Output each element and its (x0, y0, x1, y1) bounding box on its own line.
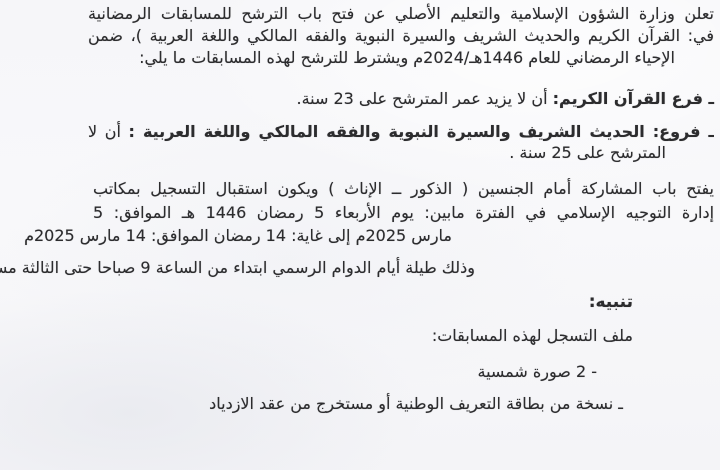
doc-line-text: المترشح على 25 سنة . (509, 143, 666, 162)
doc-line-intro-2: في: القرآن الكريم والحديث الشريف والسيرة… (88, 25, 714, 47)
doc-line-text: إدارة التوجيه الإسلامي في الفترة مابين: … (93, 203, 714, 222)
doc-line-photos-item: - 2 صورة شمسية (477, 361, 597, 382)
doc-line-text: في: القرآن الكريم والحديث الشريف والسيرة… (88, 26, 714, 45)
doc-line-text: تعلن وزارة الشؤون الإسلامية والتعليم الأ… (88, 4, 714, 23)
doc-line-bold: ـ فروع: الحديث الشريف والسيرة النبوية وا… (128, 122, 714, 141)
doc-line-text: يفتح باب المشاركة أمام الجنسين ( الذكور … (93, 179, 714, 198)
doc-line-registration-3: مارس 2025م إلى غاية: 14 رمضان الموافق: 1… (24, 225, 452, 246)
doc-line-bold: ـ فرع القرآن الكريم: (553, 89, 714, 108)
doc-line-text: الإحياء الرمضاني للعام 1446هـ/2024م ويشت… (139, 48, 675, 67)
doc-line-text: مارس 2025م إلى غاية: 14 رمضان الموافق: 1… (24, 226, 452, 245)
doc-line-text: - 2 صورة شمسية (477, 362, 597, 381)
document-page: تعلن وزارة الشؤون الإسلامية والتعليم الأ… (0, 0, 720, 470)
doc-line-other-branches-1: ـ فروع: الحديث الشريف والسيرة النبوية وا… (88, 121, 714, 143)
doc-line-id-copy-item: ـ نسخة من بطاقة التعريف الوطنية أو مستخر… (209, 393, 623, 414)
doc-line-working-hours: وذلك طيلة أيام الدوام الرسمي ابتداء من ا… (0, 257, 475, 278)
doc-line-text: ـ نسخة من بطاقة التعريف الوطنية أو مستخر… (209, 394, 623, 413)
doc-line-registration-1: يفتح باب المشاركة أمام الجنسين ( الذكور … (93, 178, 714, 200)
doc-line-intro-3: الإحياء الرمضاني للعام 1446هـ/2024م ويشت… (139, 47, 675, 68)
doc-line-text: وذلك طيلة أيام الدوام الرسمي ابتداء من ا… (0, 258, 475, 277)
doc-line-intro-1: تعلن وزارة الشؤون الإسلامية والتعليم الأ… (88, 3, 714, 25)
doc-line-registration-2: إدارة التوجيه الإسلامي في الفترة مابين: … (93, 202, 714, 224)
doc-line-file-heading: ملف التسجل لهذه المسابقات: (432, 325, 633, 346)
doc-line-other-branches-2: المترشح على 25 سنة . (509, 142, 666, 163)
doc-line-bold: تنبيه: (589, 292, 633, 312)
doc-line-text: أن لا يزيد عمر المترشح على 23 سنة. (296, 89, 552, 108)
doc-line-text: ملف التسجل لهذه المسابقات: (432, 326, 633, 345)
doc-line-notice-heading: تنبيه: (589, 292, 633, 313)
doc-line-quran-branch: ـ فرع القرآن الكريم: أن لا يزيد عمر المت… (296, 88, 714, 109)
